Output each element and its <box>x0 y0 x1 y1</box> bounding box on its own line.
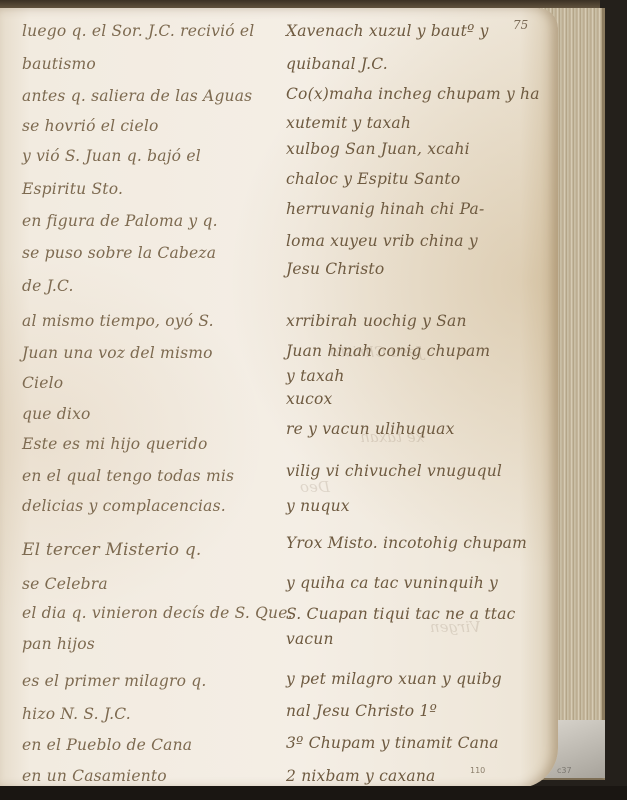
left-line-heading: El tercer Misterio q. <box>22 540 202 560</box>
right-line: herruvanig hinah chi Pa- <box>286 200 484 218</box>
left-line: Este es mi hijo querido <box>22 435 208 453</box>
footer-mark: 110 <box>470 766 485 775</box>
right-line: 2 nixbam y caxana <box>286 767 435 785</box>
right-line: vilig vi chivuchel vnuguqul <box>286 462 502 480</box>
left-line: se hovrió el cielo <box>22 117 159 135</box>
right-line: Yrox Misto. incotohig chupam <box>286 534 527 552</box>
right-line: xulbog San Juan, xcahi <box>286 140 470 158</box>
right-line: y nuqux <box>286 497 350 515</box>
right-line: y pet milagro xuan y quibg <box>286 670 502 688</box>
right-line: Juan hinah conig chupam <box>286 342 490 360</box>
left-line: delicias y complacencias. <box>22 497 226 515</box>
right-line: chaloc y Espitu Santo <box>286 170 460 188</box>
right-line: re y vacun ulihuquax <box>286 420 455 438</box>
left-line: de J.C. <box>22 277 74 295</box>
manuscript-scan: Jesu Christo xe taxah Deo Virgen 75 lueg… <box>0 0 627 800</box>
footer-mark: c37 <box>557 766 572 775</box>
right-line: Jesu Christo <box>286 260 384 278</box>
left-line: en figura de Paloma y q. <box>22 212 218 230</box>
left-line: luego q. el Sor. J.C. recivió el <box>22 22 254 40</box>
left-line: Espiritu Sto. <box>22 180 123 198</box>
manuscript-page: Jesu Christo xe taxah Deo Virgen 75 lueg… <box>0 8 558 788</box>
right-line: xutemit y taxah <box>286 114 411 132</box>
right-line: xrribirah uochig y San <box>286 312 467 330</box>
folio-number: 75 <box>513 18 528 32</box>
left-line: hizo N. S. J.C. <box>22 705 131 723</box>
right-line: S. Cuapan tiqui tac ne a ttac <box>286 605 516 623</box>
left-line: en el Pueblo de Cana <box>22 736 192 754</box>
left-line: en el qual tengo todas mis <box>22 467 234 485</box>
right-line: quibanal J.C. <box>286 55 388 73</box>
right-line: 3º Chupam y tinamit Cana <box>286 734 499 752</box>
left-line: antes q. saliera de las Aguas <box>22 87 252 105</box>
left-line: que dixo <box>22 405 91 423</box>
right-line: loma xuyeu vrib china y <box>286 232 478 250</box>
right-line: nal Jesu Christo 1º <box>286 702 437 720</box>
left-line: bautismo <box>22 55 96 73</box>
left-line: pan hijos <box>22 635 95 653</box>
left-line: en un Casamiento <box>22 767 167 785</box>
right-line: y taxah <box>286 367 345 385</box>
left-line: y vió S. Juan q. bajó el <box>22 147 201 165</box>
left-line: Cielo <box>22 374 63 392</box>
right-line: y quiha ca tac vuninquih y <box>286 574 498 592</box>
right-line: vacun <box>286 630 334 648</box>
right-line: xucox <box>286 390 332 408</box>
left-line: se puso sobre la Cabeza <box>22 244 216 262</box>
left-line: se Celebra <box>22 575 108 593</box>
left-line: al mismo tiempo, oyó S. <box>22 312 214 330</box>
book-bottom-edge <box>0 786 627 800</box>
bleed-through-text: Deo <box>300 478 330 496</box>
left-line: es el primer milagro q. <box>22 672 207 690</box>
left-line: el dia q. vinieron decís de S. Que. <box>22 604 293 622</box>
right-line: Xavenach xuzul y bautº y <box>286 22 489 40</box>
right-line: Co(x)maha incheg chupam y ha <box>286 85 540 103</box>
left-line: Juan una voz del mismo <box>22 344 213 362</box>
